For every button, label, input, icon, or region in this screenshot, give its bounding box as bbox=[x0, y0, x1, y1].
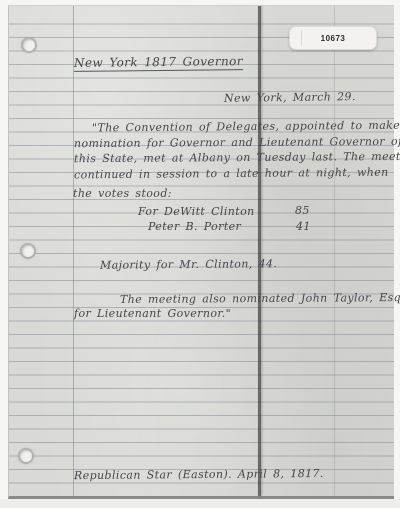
vote-count-porter: 41 bbox=[296, 220, 311, 234]
paragraph1-line4: continued in session to a late hour at n… bbox=[74, 166, 389, 183]
paragraph1-line3: this State, met at Albany on Tuesday las… bbox=[74, 150, 400, 166]
vote-candidate-porter: Peter B. Porter bbox=[148, 220, 241, 234]
hole-punch-top bbox=[21, 37, 37, 53]
hole-punch-bottom bbox=[18, 448, 34, 464]
left-margin-line bbox=[73, 6, 74, 496]
note-title: New York 1817 Governor bbox=[74, 54, 243, 70]
scan-background-bottom bbox=[0, 499, 400, 508]
paragraph2-line1: The meeting also nominated John Taylor, … bbox=[120, 291, 400, 307]
paragraph1-line5: the votes stood: bbox=[73, 187, 172, 201]
paragraph2-line2: for Lieutenant Governor." bbox=[74, 307, 231, 321]
dateline: New York, March 29. bbox=[224, 90, 356, 106]
paragraph1-line2: nomination for Governor and Lieutenant G… bbox=[74, 135, 400, 151]
vote-candidate-clinton: For DeWitt Clinton bbox=[138, 205, 255, 219]
vote-count-clinton: 85 bbox=[295, 204, 310, 218]
paragraph1-line1: "The Convention of Delegates, appointed … bbox=[92, 119, 400, 136]
ruled-lines bbox=[9, 11, 394, 490]
paper-sheet: 10673 bbox=[8, 5, 394, 499]
right-rule-line bbox=[334, 6, 335, 496]
scanned-document: 10673 New York 1817 Governor New York, M… bbox=[0, 0, 400, 508]
hole-punch-middle bbox=[20, 243, 36, 259]
majority-line: Majority for Mr. Clinton, 44. bbox=[100, 257, 277, 273]
catalog-number: 10673 bbox=[321, 34, 346, 43]
catalog-label: 10673 bbox=[289, 26, 377, 50]
fold-crease-line bbox=[258, 6, 261, 496]
source-citation: Republican Star (Easton). April 8, 1817. bbox=[74, 467, 324, 483]
